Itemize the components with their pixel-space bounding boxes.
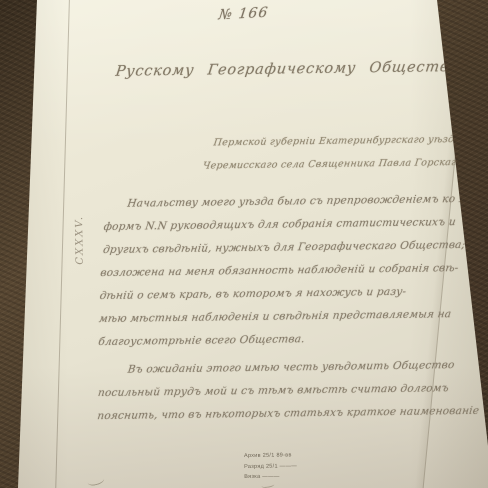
handwritten-content: № 166 Русскому Географическому Обществу … [0,0,488,488]
margin-folio-note: CXXXV. [74,204,86,276]
address-line: Черемисскаго села Священника Павла Горск… [202,157,463,172]
body-line: формъ N.N руководящихъ для собранія стат… [103,216,457,233]
address-line: Пермской губерніи Екатеринбургскаго уѣзд… [213,134,461,148]
body-line: благоусмотрѣніе всего Общества. [98,333,306,348]
letter-page: № 166 Русскому Географическому Обществу … [0,0,488,488]
archive-stamp-line: Вязка ——— [244,471,297,482]
archive-stamp: Архив 25/1 89-вв Разряд 25/1 ——— Вязка —… [244,450,297,482]
manuscript-photo: № 166 Русскому Географическому Обществу … [0,0,488,488]
pen-mark [86,474,105,487]
recipient-title: Русскому Географическому Обществу [115,59,460,80]
body-line: Начальству моего уѣзда было съ препровож… [127,193,485,210]
body-line: посильный трудъ мой и съ тѣмъ вмѣстѣ счи… [97,382,449,399]
pen-mark [261,482,275,488]
body-line: другихъ свѣдѣній, нужныхъ для Географиче… [102,239,466,256]
archive-stamp-line: Разряд 25/1 ——— [244,461,297,472]
body-line: мѣю мѣстныя наблюденія и свѣдѣнія предст… [98,308,452,325]
body-line: пояснить, что въ нѣкоторыхъ статьяхъ кра… [97,405,480,422]
body-line: дѣній о семъ краѣ, въ которомъ я нахожус… [99,286,407,302]
body-line: возложена на меня обязанность наблюденій… [100,262,460,279]
document-number: № 166 [218,5,270,23]
body-line: Въ ожиданіи этого имѣю честь увѣдомить О… [127,359,455,376]
archive-stamp-line: Архив 25/1 89-вв [244,450,297,461]
